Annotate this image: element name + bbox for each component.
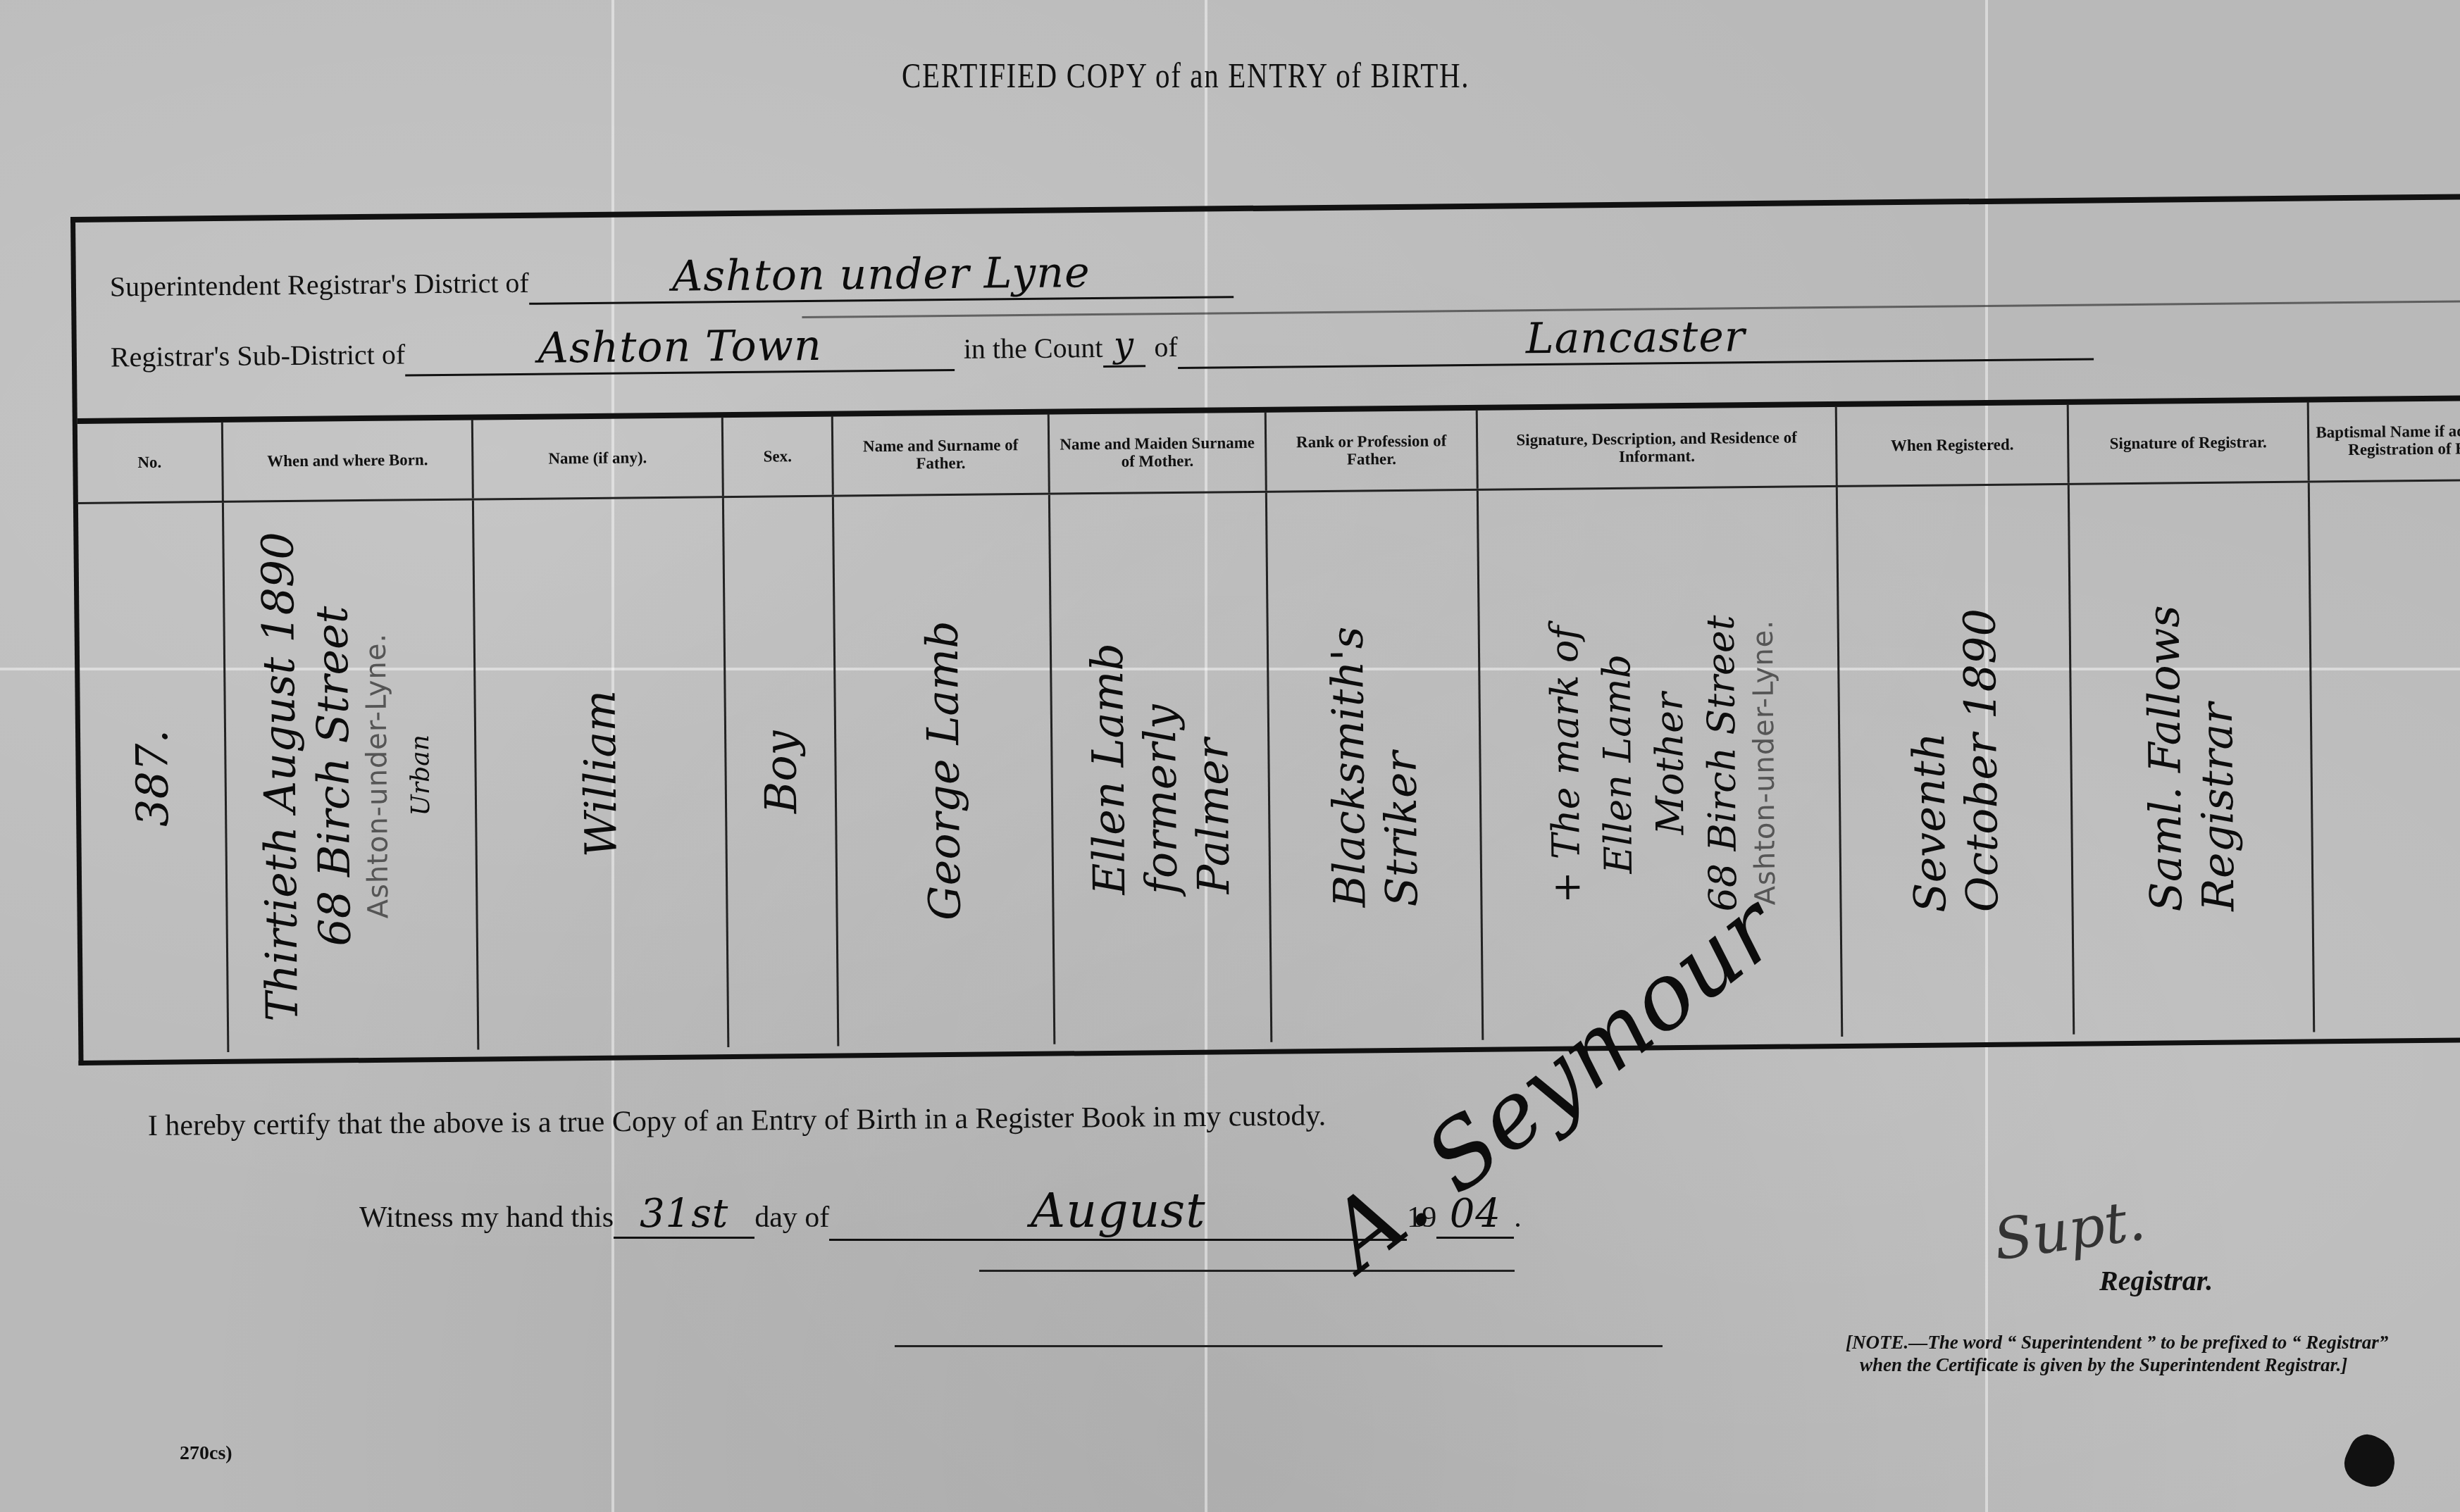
mother-maiden-name: Palmer	[1185, 642, 1239, 894]
subdistrict-row: Registrar's Sub-District ofAshton Town i…	[111, 308, 2094, 379]
child-name: William	[573, 690, 627, 858]
witness-day-of: day of	[754, 1201, 829, 1234]
informant-mark: + The mark of	[1538, 625, 1593, 904]
superintendent-district-row: Superintendent Registrar's District ofAs…	[110, 246, 1234, 308]
superintendent-note: [NOTE.—The word “ Superintendent ” to be…	[1846, 1331, 2388, 1376]
mother-name: Ellen Lamb	[1081, 643, 1135, 896]
county-field: Lancaster	[1177, 308, 2094, 368]
col-header-registrar-signature: Signature of Registrar.	[2069, 402, 2310, 483]
signature-line	[979, 1270, 1515, 1272]
registrar-name: Saml. Fallows	[2137, 606, 2192, 913]
birth-date: Thirtieth August 1890	[251, 532, 309, 1022]
entry-number: 387.	[126, 730, 179, 827]
child-sex: Boy	[754, 730, 807, 814]
cell-mother: Ellen Lamb formerly Palmer	[1050, 493, 1272, 1044]
register-table-frame: Superintendent Registrar's District ofAs…	[70, 194, 2460, 1066]
birth-urban-note: Urban	[395, 735, 447, 816]
witness-day: 31st	[640, 1191, 729, 1237]
col-header-rank: Rank or Profession of Father.	[1267, 410, 1479, 491]
registered-day: Seventh	[1901, 609, 1956, 913]
county-label-y: y	[1114, 325, 1135, 365]
cell-when-registered: Seventh October 1890	[1838, 485, 2075, 1037]
cell-name: William	[474, 498, 729, 1049]
informant-address: 68 Birch Street	[1694, 615, 1749, 912]
birth-address: 68 Birch Street	[306, 606, 361, 946]
col-header-when-where-born: When and where Born.	[223, 420, 474, 501]
county-label: in the Count	[964, 332, 1103, 365]
col-header-sex: Sex.	[723, 416, 834, 496]
subdistrict-field: Ashton Town	[405, 320, 955, 376]
mother-formerly: formerly	[1133, 642, 1187, 895]
registered-month-year: October 1890	[1953, 608, 2008, 913]
signature-supt-suffix: Supt.	[1990, 1187, 2149, 1273]
superintendent-district-value: Ashton under Lyne	[672, 248, 1091, 301]
certification-statement: I hereby certify that the above is a tru…	[148, 1099, 1327, 1143]
informant-name: Ellen Lamb	[1591, 654, 1645, 874]
informant-town-stamp: Ashton-under-Lyne.	[1746, 620, 1782, 906]
note-line-1: [NOTE.—The word “ Superintendent ” to be…	[1846, 1331, 2388, 1354]
ink-blot	[2337, 1428, 2403, 1494]
father-rank-line1: Blacksmith's	[1321, 626, 1376, 907]
witness-month: August	[1031, 1183, 1205, 1239]
cell-when-where-born: Thirtieth August 1890 68 Birch Street As…	[224, 501, 479, 1052]
cell-father: George Lamb	[834, 495, 1055, 1046]
informant-description: Mother	[1643, 692, 1696, 835]
col-header-when-registered: When Registered.	[1837, 404, 2070, 485]
superintendent-district-field: Ashton under Lyne	[528, 246, 1234, 305]
witness-prefix: Witness my hand this	[359, 1201, 614, 1234]
cell-no: 387.	[78, 503, 229, 1054]
subdistrict-label: Registrar's Sub-District of	[111, 338, 406, 373]
form-number: 270cs)	[180, 1442, 232, 1465]
county-of-label: of	[1154, 331, 1178, 363]
registrar-label: Registrar.	[2099, 1264, 2213, 1297]
cell-sex: Boy	[724, 497, 839, 1047]
document-title: CERTIFIED COPY of an ENTRY of BIRTH.	[902, 55, 1470, 96]
cell-rank: Blacksmith's Striker	[1267, 491, 1484, 1042]
birth-town-stamp: Ashton-under-Lyne.	[360, 633, 395, 919]
col-header-baptismal-name: Baptismal Name if added after Registrati…	[2309, 399, 2460, 480]
col-header-no: No.	[77, 422, 224, 502]
father-name: George Lamb	[917, 620, 971, 921]
col-header-mother: Name and Maiden Surname of Mother.	[1050, 412, 1267, 493]
note-line-2: when the Certificate is given by the Sup…	[1846, 1354, 2388, 1376]
signature-line	[895, 1345, 1663, 1347]
county-value: Lancaster	[1525, 312, 1745, 363]
cell-registrar-signature: Saml. Fallows Registrar	[2070, 483, 2315, 1035]
superintendent-district-label: Superintendent Registrar's District of	[110, 267, 529, 303]
subdistrict-value: Ashton Town	[538, 321, 822, 373]
col-header-father: Name and Surname of Father.	[833, 414, 1050, 495]
registrar-title: Registrar	[2189, 605, 2244, 912]
father-rank-line2: Striker	[1373, 625, 1428, 906]
cell-baptismal-name	[2310, 480, 2460, 1032]
col-header-name: Name (if any).	[473, 417, 724, 498]
col-header-informant: Signature, Description, and Residence of…	[1478, 406, 1838, 489]
